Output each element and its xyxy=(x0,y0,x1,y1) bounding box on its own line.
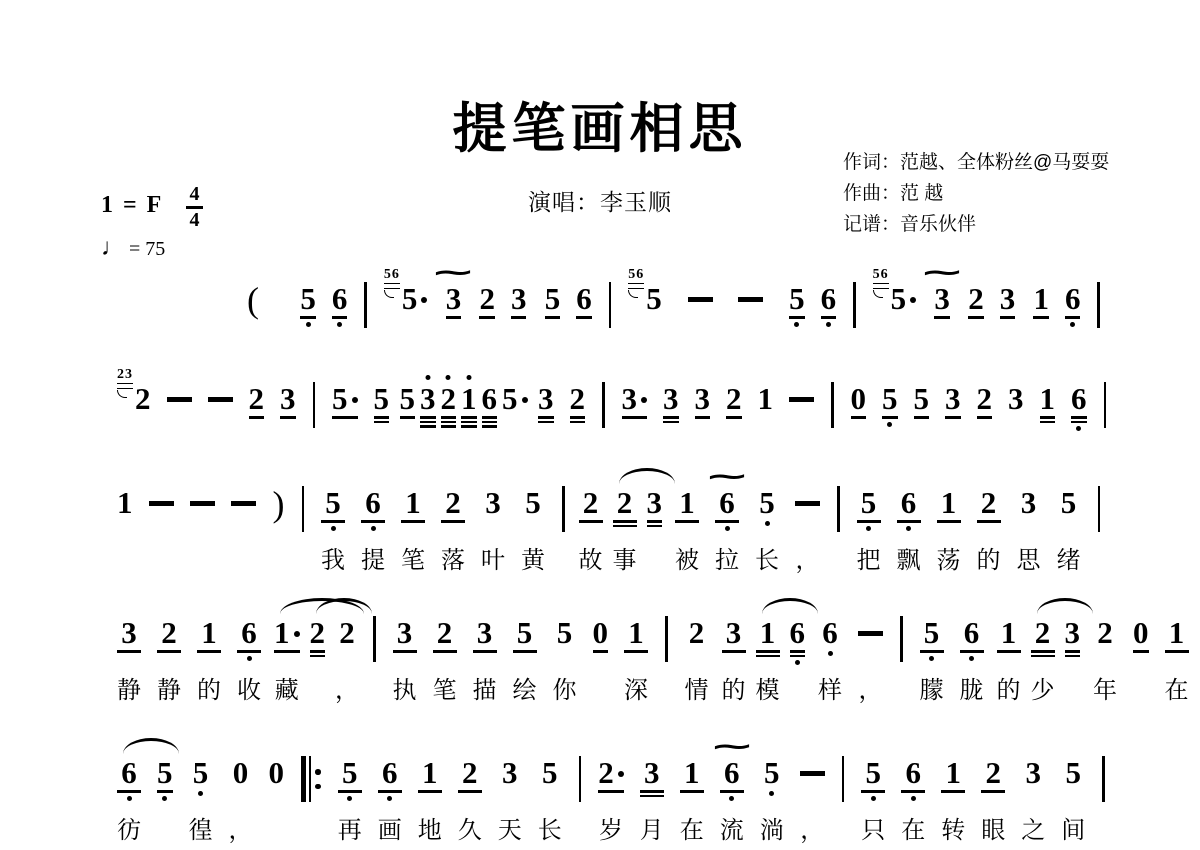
note-digit: 5 xyxy=(342,756,358,790)
grace-beam xyxy=(117,383,133,389)
below-area xyxy=(1031,650,1055,666)
note-cell: 5长 xyxy=(747,460,787,576)
note-row xyxy=(738,282,763,316)
ornament-area xyxy=(1040,356,1056,382)
lyric-syllable: 徨 xyxy=(189,810,213,846)
lyric-syllable: 荡 xyxy=(937,540,961,576)
note-digit: 5 xyxy=(759,486,775,520)
ornament-area xyxy=(481,460,505,486)
underline-beams xyxy=(981,790,1005,795)
octave-dot-below xyxy=(1070,322,1075,327)
note-row: 6 xyxy=(790,616,806,650)
note-row: 5 xyxy=(542,756,558,790)
note-cell: 5 xyxy=(397,356,418,432)
underline-beams xyxy=(968,316,984,321)
note-digit: 5 xyxy=(789,282,805,316)
note-cell: 2眼 xyxy=(973,730,1013,846)
measure: 565~32316 xyxy=(856,256,1098,332)
below-area xyxy=(167,416,192,432)
lyric-syllable: 静 xyxy=(117,670,141,706)
note-digit: 2 xyxy=(462,756,478,790)
note-digit: 0 xyxy=(1133,616,1149,650)
ornament-area xyxy=(647,460,663,486)
note-row: 1 xyxy=(422,756,438,790)
note-row: 2 xyxy=(689,616,705,650)
beam-group: 16 xyxy=(1025,256,1088,332)
note-digit: 3 xyxy=(538,382,554,416)
note-cell: 5我 xyxy=(313,460,353,576)
grace-tie xyxy=(628,290,638,298)
lyric-syllable: 淌 xyxy=(760,810,784,846)
note-row: 5 xyxy=(1061,486,1077,520)
beam-group: 6彷5 xyxy=(109,730,181,846)
grace-beam xyxy=(384,283,400,289)
beam-group: 23 xyxy=(241,356,304,432)
ornament-area: ~ xyxy=(446,256,462,282)
underline-beams xyxy=(1165,650,1189,655)
beam-group: 5只6在 xyxy=(853,730,933,846)
ornament-area xyxy=(795,460,820,486)
beam-group: 05 xyxy=(843,356,906,432)
note-digit: 1 xyxy=(1033,282,1049,316)
measure: 5只6在1转2眼3之5间 xyxy=(844,730,1102,846)
beam-group: 1笔2落 xyxy=(393,460,473,576)
beam-group: 1的6收 xyxy=(189,590,269,706)
note-row: 3 xyxy=(945,382,961,416)
ornament-area xyxy=(920,590,944,616)
lyric-syllable: 岁 xyxy=(599,810,623,846)
note-cell: 2 xyxy=(562,356,594,432)
note-digit: 1 xyxy=(1169,616,1185,650)
beam-group: 16 xyxy=(1032,356,1095,432)
note-cell: 5 xyxy=(366,356,398,432)
below-area xyxy=(977,416,993,432)
ornament-area xyxy=(960,590,984,616)
underline-beams xyxy=(579,520,603,525)
grace-tie xyxy=(384,290,394,298)
underline-beams xyxy=(332,416,358,421)
octave-dot-below xyxy=(906,526,911,531)
ornament-area xyxy=(968,256,984,282)
note-digit: 6 xyxy=(365,486,381,520)
note-digit: 5 xyxy=(646,282,662,316)
octave-dot-below xyxy=(331,526,336,531)
note-row xyxy=(795,486,820,520)
note-cell: 3之 xyxy=(1013,730,1053,846)
ornament-area xyxy=(538,730,562,756)
beam-group: 55 xyxy=(324,356,397,432)
underline-beams xyxy=(479,316,495,321)
lyric-syllable: 的 xyxy=(977,540,1001,576)
ornament-area xyxy=(310,590,326,616)
octave-dot-below xyxy=(162,796,167,801)
below-area xyxy=(117,416,151,432)
lyric-syllable: 在 xyxy=(680,810,704,846)
underline-beams xyxy=(613,520,637,529)
note-digit: 2 xyxy=(570,382,586,416)
beam-group: 56 xyxy=(537,256,600,332)
below-area xyxy=(800,790,825,806)
note-digit: 1 xyxy=(201,616,217,650)
underline-beams xyxy=(310,650,326,659)
note-cell: 2 xyxy=(241,356,273,432)
underline-beams xyxy=(622,416,648,421)
ornament-area xyxy=(680,730,704,756)
note-digit: 2 xyxy=(1035,616,1051,650)
underline-beams xyxy=(378,790,402,795)
measure: 5553216532 xyxy=(315,356,602,432)
parenthesis: ) xyxy=(265,460,293,576)
ornament-area xyxy=(941,730,965,756)
note-row: 2 xyxy=(339,616,355,650)
lyric-syllable: 间 xyxy=(1061,810,1085,846)
below-area xyxy=(433,650,457,666)
lyric-syllable: 久 xyxy=(458,810,482,846)
note-cell: 2落 xyxy=(433,460,473,576)
note-row: 1 xyxy=(684,756,700,790)
below-area xyxy=(760,790,784,806)
octave-dot-below xyxy=(337,322,342,327)
beam-group: 1 xyxy=(750,356,782,432)
octave-dot-above xyxy=(425,375,430,380)
below-area xyxy=(821,316,837,332)
below-area xyxy=(1165,650,1189,666)
note-row: 6 xyxy=(905,756,921,790)
note-row: 5 xyxy=(300,282,316,316)
underline-beams xyxy=(920,650,944,655)
note-row: 5 xyxy=(517,616,533,650)
beam-group: 5间 xyxy=(1053,730,1093,846)
octave-dot-below xyxy=(769,791,774,796)
ornament-area xyxy=(157,730,173,756)
note-digit: 5 xyxy=(865,756,881,790)
underline-beams xyxy=(663,416,679,425)
ornament-area xyxy=(937,460,961,486)
below-area xyxy=(685,650,709,666)
beam-group: ~3 xyxy=(926,256,958,332)
underline-beams xyxy=(789,316,805,321)
below-area xyxy=(274,650,300,666)
lyric-syllable: 的 xyxy=(722,670,746,706)
ornament-area xyxy=(197,590,221,616)
note-digit: 6 xyxy=(905,756,921,790)
below-area xyxy=(624,650,648,666)
ornament-area xyxy=(1000,256,1016,282)
note-row: 2 xyxy=(441,382,457,416)
below-area xyxy=(622,416,648,432)
note-digit: 5 xyxy=(891,282,907,316)
note-digit: 5 xyxy=(764,756,780,790)
ornament-area xyxy=(461,356,477,382)
note-row: 2 xyxy=(985,756,1001,790)
lyric-syllable: 拉 xyxy=(715,540,739,576)
measure: 5再6画1地2久3天5长 xyxy=(321,730,579,846)
note-cell: 1的 xyxy=(992,590,1026,706)
ornament-area: ~ xyxy=(934,256,950,282)
underline-beams xyxy=(576,316,592,321)
below-area xyxy=(269,790,285,806)
below-area xyxy=(680,790,704,806)
note-cell: 3 xyxy=(503,256,535,332)
lyric-syllable: 朦 xyxy=(920,670,944,706)
below-area xyxy=(1061,790,1085,806)
note-cell: 2事 xyxy=(608,460,642,576)
lyric-syllable: 描 xyxy=(473,670,497,706)
note-row: 3 xyxy=(477,616,493,650)
note-row: 5 xyxy=(1065,756,1081,790)
note-cell: 5 xyxy=(906,356,938,432)
note-row: 2 xyxy=(981,486,997,520)
ornament-area xyxy=(688,256,713,282)
note-row: 3 xyxy=(1008,382,1024,416)
below-area xyxy=(1071,416,1087,432)
note-row: 6 xyxy=(241,616,257,650)
note-digit: 2 xyxy=(161,616,177,650)
note-row: 5 xyxy=(865,756,881,790)
lyric-syllable: 情 xyxy=(685,670,709,706)
ornament-area xyxy=(897,460,921,486)
note-row: 0 xyxy=(269,756,285,790)
beam-group: 01在 xyxy=(1125,590,1197,706)
note-digit: 1 xyxy=(274,616,290,650)
note-cell: 3 xyxy=(418,356,439,432)
ornament-area xyxy=(873,256,917,282)
measure: 33321 xyxy=(605,356,832,432)
note-row: 5 xyxy=(789,282,805,316)
underline-beams xyxy=(821,316,837,321)
below-area xyxy=(117,790,141,806)
measure: 565~32356 xyxy=(367,256,609,332)
note-cell: 6 xyxy=(1063,356,1095,432)
note-row: 5 xyxy=(759,486,775,520)
note-row: 2 xyxy=(583,486,599,520)
octave-dot-below xyxy=(969,656,974,661)
note-cell: 1藏 xyxy=(269,590,305,706)
note-cell: 6收 xyxy=(229,590,269,706)
key-signature: 1 = F xyxy=(101,192,163,219)
beam-group: 0， xyxy=(221,730,261,846)
note-cell: 6画 xyxy=(370,730,410,846)
below-area xyxy=(378,790,402,806)
beam-group: 2年 xyxy=(1085,590,1125,706)
note-cell: 2静 xyxy=(149,590,189,706)
note-cell: 5 xyxy=(500,356,531,432)
ornament-area xyxy=(663,356,679,382)
below-area xyxy=(873,316,917,332)
note-cell: 1 xyxy=(750,356,782,432)
below-area xyxy=(663,416,679,432)
note-row: 5 xyxy=(193,756,209,790)
lyric-syllable: 深 xyxy=(624,670,648,706)
note-row: 2 xyxy=(968,282,984,316)
note-digit: 5 xyxy=(542,756,558,790)
beam-group: 1的2少3 xyxy=(992,590,1086,706)
octave-dot-below xyxy=(794,322,799,327)
note-row: 5 xyxy=(325,486,341,520)
note-cell: 2， xyxy=(330,590,364,706)
music-line: 1)5我6提1笔2落3叶5黄2故2事31被~6拉5长，5把6飘1荡2的3思5绪 xyxy=(100,460,1100,576)
octave-dot-below xyxy=(198,791,203,796)
ornament-area xyxy=(857,460,881,486)
trill-icon: ~ xyxy=(919,260,965,286)
underline-beams xyxy=(680,790,704,795)
ornament-area xyxy=(401,460,425,486)
note-digit: 3 xyxy=(420,382,436,416)
ornament-area xyxy=(1021,730,1045,756)
beam-group: 56 xyxy=(292,256,355,332)
note-digit: 3 xyxy=(622,382,638,416)
note-cell: 3描 xyxy=(465,590,505,706)
below-area xyxy=(502,416,528,432)
note-row: 1 xyxy=(274,616,300,650)
below-area xyxy=(934,316,950,332)
lyric-syllable: 把 xyxy=(857,540,881,576)
note-row: 3 xyxy=(1025,756,1041,790)
lyric-syllable: 只 xyxy=(861,810,885,846)
ornament-area xyxy=(538,356,554,382)
octave-dot-below xyxy=(887,422,892,427)
note-row: 1 xyxy=(758,382,774,416)
note-cell: 3月 xyxy=(632,730,672,846)
beam-group: 32 xyxy=(687,356,750,432)
ornament-area xyxy=(579,460,603,486)
measure: 23223 xyxy=(100,356,313,432)
below-area xyxy=(960,650,984,666)
note-digit: 2 xyxy=(689,616,705,650)
note-cell: 3执 xyxy=(385,590,425,706)
lyric-syllable: 的 xyxy=(997,670,1021,706)
beam-group: 1转2眼 xyxy=(933,730,1013,846)
note-row: 2 xyxy=(479,282,495,316)
lyric-syllable: 飘 xyxy=(897,540,921,576)
note-row: 3 xyxy=(726,616,742,650)
lyric-syllable: 的 xyxy=(197,670,221,706)
ornament-area xyxy=(400,356,416,382)
note-row xyxy=(789,382,814,416)
beam-group: 1荡2的 xyxy=(929,460,1009,576)
beam-group: ) xyxy=(265,460,293,576)
below-area xyxy=(545,316,561,332)
note-cell: ~3 xyxy=(926,256,958,332)
ornament-area xyxy=(755,460,779,486)
below-area xyxy=(576,316,592,332)
note-row: 565 xyxy=(628,282,662,316)
dash-bar xyxy=(688,297,713,302)
below-area xyxy=(231,520,256,536)
note-digit: 1 xyxy=(461,382,477,416)
note-digit: 5 xyxy=(374,382,390,416)
below-area xyxy=(157,650,181,666)
note-cell: 6飘 xyxy=(889,460,929,576)
octave-dot-below xyxy=(127,796,132,801)
below-area xyxy=(1040,416,1056,432)
beam-group: 5淌 xyxy=(752,730,792,846)
below-area xyxy=(675,520,699,536)
note-digit: 5 xyxy=(882,382,898,416)
note-row: 5 xyxy=(861,486,877,520)
underline-beams xyxy=(726,416,742,421)
augmentation-dot xyxy=(522,397,528,403)
below-area xyxy=(446,316,462,332)
beam-group: 32 xyxy=(530,356,593,432)
note-digit: 3 xyxy=(726,616,742,650)
ornament-area xyxy=(338,730,362,756)
measure: 5把6飘1荡2的3思5绪 xyxy=(840,460,1098,576)
octave-dot-below xyxy=(911,796,916,801)
ornament-area xyxy=(1065,590,1081,616)
ornament-area xyxy=(738,256,763,282)
note-row xyxy=(858,616,883,650)
beam-group: 6样 xyxy=(810,590,850,706)
ornament-area xyxy=(1061,730,1085,756)
note-digit: 1 xyxy=(684,756,700,790)
augmentation-dot xyxy=(910,297,916,303)
lyric-syllable: 在 xyxy=(901,810,925,846)
note-digit: 5 xyxy=(545,282,561,316)
ornament-area xyxy=(722,590,746,616)
note-digit: 5 xyxy=(400,382,416,416)
note-row: 5 xyxy=(400,382,416,416)
note-digit: 2 xyxy=(583,486,599,520)
underline-beams xyxy=(897,520,921,525)
ornament-area xyxy=(1133,590,1149,616)
note-digit: 2 xyxy=(339,616,355,650)
note-digit: 3 xyxy=(1008,382,1024,416)
below-area xyxy=(1057,520,1081,536)
beam-group: 23 xyxy=(471,256,534,332)
note-digit: 3 xyxy=(121,616,137,650)
note-cell: 5淌 xyxy=(752,730,792,846)
underline-beams xyxy=(511,316,527,321)
beam-group: 33 xyxy=(614,356,687,432)
below-area xyxy=(208,416,233,432)
barline xyxy=(1097,282,1100,328)
below-area xyxy=(598,790,624,806)
below-area xyxy=(977,520,1001,536)
ornament-area xyxy=(1093,590,1117,616)
underline-beams xyxy=(790,650,806,659)
underline-beams xyxy=(458,790,482,795)
octave-dot-below xyxy=(387,796,392,801)
ornament-area xyxy=(726,356,742,382)
note-row: 1 xyxy=(201,616,217,650)
note-digit: 2 xyxy=(617,486,633,520)
below-area xyxy=(332,416,358,432)
note-cell: 2久 xyxy=(450,730,490,846)
lyricist-credit: 作词：范越、全体粉丝@马耍耍 xyxy=(843,147,1109,178)
note-row: 565 xyxy=(384,282,428,316)
beam-group: 56 xyxy=(781,256,844,332)
measure: 5朦6胧1的2少32年01在 xyxy=(903,590,1200,706)
note-cell: 1 xyxy=(1032,356,1064,432)
note-cell: 6 xyxy=(324,256,356,332)
lyric-syllable: 地 xyxy=(418,810,442,846)
underline-beams xyxy=(1065,650,1081,659)
note-cell: 2少 xyxy=(1026,590,1060,706)
ornament-area xyxy=(818,590,842,616)
note-digit: 1 xyxy=(1001,616,1017,650)
below-area xyxy=(401,520,425,536)
ornament-area xyxy=(332,356,358,382)
ornament-area xyxy=(332,256,348,282)
note-cell: 5黄 xyxy=(513,460,553,576)
note-cell: 0 xyxy=(261,730,293,846)
below-area xyxy=(479,316,495,332)
note-row: 5 xyxy=(557,616,573,650)
underline-beams xyxy=(513,650,537,655)
ornament-area xyxy=(901,730,925,756)
note-row: ) xyxy=(273,486,285,520)
